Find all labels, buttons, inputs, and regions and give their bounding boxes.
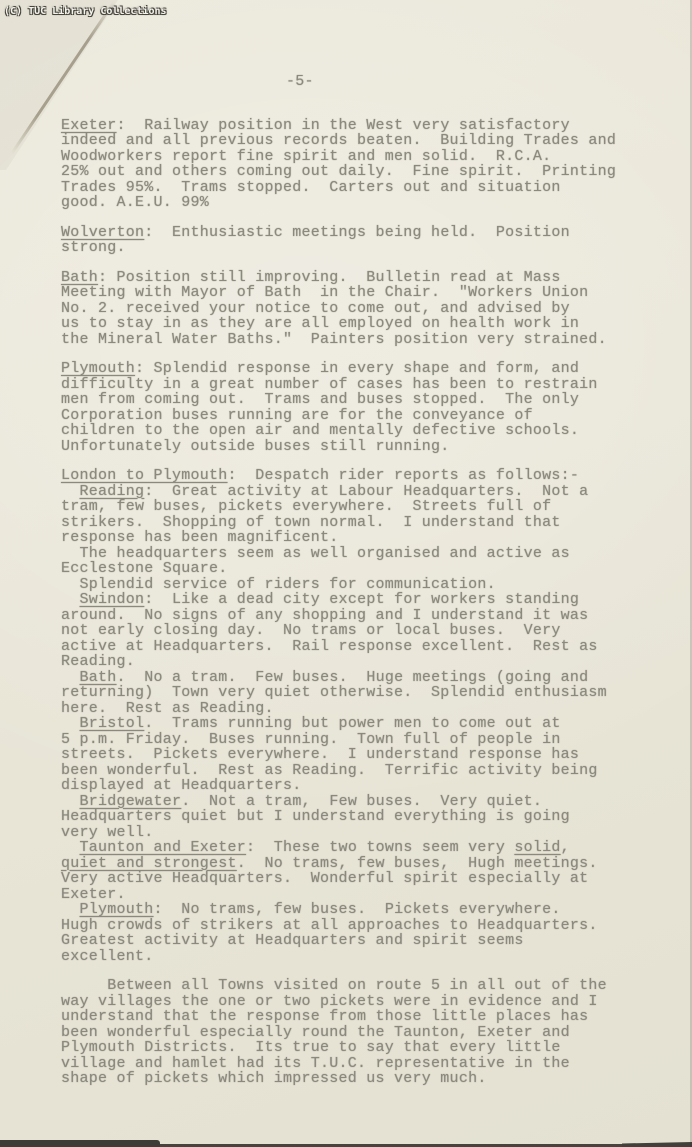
text-line: been wonderful especially round the Taun… <box>61 1025 661 1041</box>
text-line: displayed at Headquarters. <box>61 778 661 794</box>
text-line: difficulty in a great number of cases ha… <box>61 377 661 393</box>
text-line: No. 2. received your notice to come out,… <box>61 301 661 317</box>
paragraph: London to Plymouth: Despatch rider repor… <box>61 468 661 964</box>
copyright-watermark: (C) TUC Library Collections <box>4 6 167 17</box>
text-line: not early closing day. No trams or local… <box>61 623 661 639</box>
text-line: Splendid service of riders for communica… <box>61 577 661 593</box>
underlined-text: Bath <box>61 269 98 286</box>
text-line: been wonderful. Rest as Reading. Terrifi… <box>61 763 661 779</box>
underlined-text: Plymouth <box>80 901 154 918</box>
text-line: returning) Town very quiet otherwise. Sp… <box>61 685 661 701</box>
underlined-text: Bristol <box>80 715 145 732</box>
text-line: us to stay in as they are all employed o… <box>61 316 661 332</box>
underlined-text: Bridgewater <box>80 793 182 810</box>
text-line: response has been magnificent. <box>61 530 661 546</box>
text-line: shape of pickets which impressed us very… <box>61 1071 661 1087</box>
text-line: streets. Pickets everywhere. I understan… <box>61 747 661 763</box>
text-line: Bristol. Trams running but power men to … <box>61 716 661 732</box>
paragraph: Wolverton: Enthusiastic meetings being h… <box>61 225 661 256</box>
text-line: excellent. <box>61 949 661 965</box>
text-line: active at Headquarters. Rail response ex… <box>61 639 661 655</box>
text-line: Exeter. <box>61 887 661 903</box>
text-line: children to the open air and mentally de… <box>61 423 661 439</box>
text-line: Plymouth: Splendid response in every sha… <box>61 361 661 377</box>
text-line: 25% out and others coming out daily. Fin… <box>61 164 661 180</box>
paragraph: Exeter: Railway position in the West ver… <box>61 118 661 211</box>
text-line: 5 p.m. Friday. Buses running. Town full … <box>61 732 661 748</box>
underlined-text: London to Plymouth <box>61 467 228 484</box>
paragraph: Bath: Position still improving. Bulletin… <box>61 270 661 348</box>
text-line: Swindon: Like a dead city except for wor… <box>61 592 661 608</box>
text-line: strikers. Shopping of town normal. I und… <box>61 515 661 531</box>
text-line: the Mineral Water Baths." Painters posit… <box>61 332 661 348</box>
text-line: Exeter: Railway position in the West ver… <box>61 118 661 134</box>
text-line: good. A.E.U. 99% <box>61 195 661 211</box>
underlined-text: Wolverton <box>61 224 144 241</box>
document-content: -5- Exeter: Railway position in the West… <box>61 74 661 1101</box>
scan-edge-bottom-left <box>0 1140 160 1147</box>
text-line: Bath. No a tram. Few buses. Huge meeting… <box>61 670 661 686</box>
paragraph: Plymouth: Splendid response in every sha… <box>61 361 661 454</box>
text-line: Trades 95%. Trams stopped. Carters out a… <box>61 180 661 196</box>
underlined-text: solid <box>514 839 560 856</box>
text-line: way villages the one or two pickets were… <box>61 994 661 1010</box>
document-body: Exeter: Railway position in the West ver… <box>61 118 661 1087</box>
paragraph: Between all Towns visited on route 5 in … <box>61 978 661 1087</box>
text-line: understand that the response from those … <box>61 1009 661 1025</box>
underlined-text: Swindon <box>80 591 145 608</box>
text-line: tram, few buses, pickets everywhere. Str… <box>61 499 661 515</box>
page-number: -5- <box>286 74 661 90</box>
text-line: Reading. <box>61 654 661 670</box>
text-line: village and hamlet had its T.U.C. repres… <box>61 1056 661 1072</box>
scanned-page: (C) TUC Library Collections -5- Exeter: … <box>0 0 692 1147</box>
text-line: strong. <box>61 240 661 256</box>
underlined-text: Bath <box>80 669 117 686</box>
text-line: Hugh crowds of strikers at all approache… <box>61 918 661 934</box>
text-line: Corporation buses running are for the co… <box>61 408 661 424</box>
text-line: men from coming out. Trams and buses sto… <box>61 392 661 408</box>
text-line: London to Plymouth: Despatch rider repor… <box>61 468 661 484</box>
underlined-text: Reading <box>80 483 145 500</box>
text-line: Meeting with Mayor of Bath in the Chair.… <box>61 285 661 301</box>
text-line: Ecclestone Square. <box>61 561 661 577</box>
underlined-text: Plymouth <box>61 360 135 377</box>
text-line: Reading: Great activity at Labour Headqu… <box>61 484 661 500</box>
text-line: Taunton and Exeter: These two towns seem… <box>61 840 661 856</box>
text-line: Headquarters quiet but I understand ever… <box>61 809 661 825</box>
text-line: Greatest activity at Headquarters and sp… <box>61 933 661 949</box>
underlined-text: Exeter <box>61 117 117 134</box>
text-line: Plymouth Districts. Its true to say that… <box>61 1040 661 1056</box>
text-line: very well. <box>61 825 661 841</box>
text-line: Wolverton: Enthusiastic meetings being h… <box>61 225 661 241</box>
underlined-text: Taunton and Exeter <box>80 839 247 856</box>
text-line: Woodworkers report fine spirit and men s… <box>61 149 661 165</box>
text-line: Bath: Position still improving. Bulletin… <box>61 270 661 286</box>
text-line: The headquarters seem as well organised … <box>61 546 661 562</box>
text-line: here. Rest as Reading. <box>61 701 661 717</box>
text-line: Between all Towns visited on route 5 in … <box>61 978 661 994</box>
underlined-text: quiet and strongest <box>61 855 237 872</box>
text-line: quiet and strongest. No trams, few buses… <box>61 856 661 872</box>
text-line: around. No signs of any shopping and I u… <box>61 608 661 624</box>
text-line: Bridgewater. Not a tram, Few buses. Very… <box>61 794 661 810</box>
text-line: Unfortunately outside buses still runnin… <box>61 439 661 455</box>
text-line: Very active Headquarters. Wonderful spir… <box>61 871 661 887</box>
text-line: Plymouth: No trams, few buses. Pickets e… <box>61 902 661 918</box>
scan-edge-bottom-right <box>622 1142 692 1147</box>
text-line: indeed and all previous records beaten. … <box>61 133 661 149</box>
